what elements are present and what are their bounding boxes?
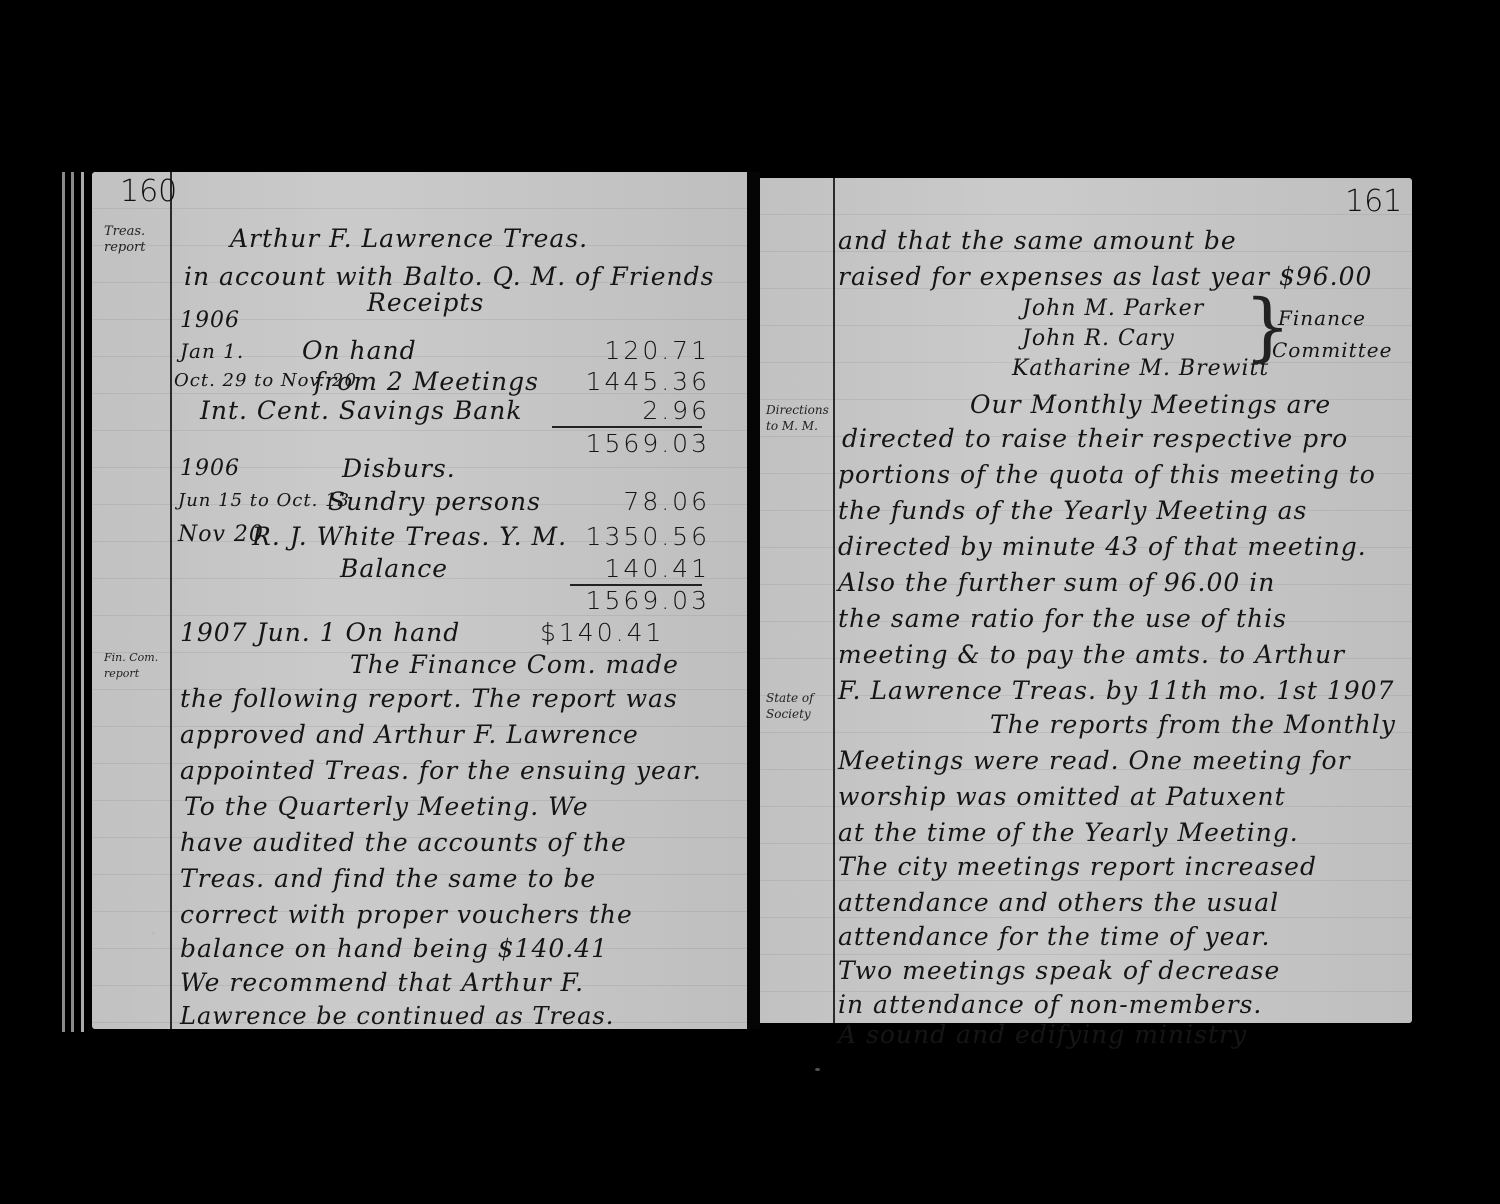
committee-label: Committee: [1272, 338, 1392, 362]
body-line: directed by minute 43 of that meeting.: [838, 532, 1367, 561]
balance-amount: $140.41: [540, 618, 664, 647]
body-line: and that the same amount be: [838, 226, 1237, 255]
disbursements-total: 1569.03: [580, 586, 710, 615]
body-line: A sound and edifying ministry: [838, 1020, 1247, 1049]
right-page: 161 Directions to M. M. State of Society…: [760, 178, 1412, 1023]
receipt-amount: 120.71: [580, 336, 710, 365]
book-gutter: [747, 172, 760, 1029]
body-line: have audited the accounts of the: [180, 828, 627, 857]
body-line: attendance for the time of year.: [838, 922, 1270, 951]
body-line: We recommend that Arthur F.: [180, 968, 584, 997]
body-line: The reports from the Monthly: [990, 710, 1396, 739]
page-number: 160: [120, 174, 177, 209]
disbursement-description: R. J. White Treas. Y. M.: [252, 522, 567, 551]
receipt-description: On hand: [302, 336, 417, 365]
receipt-description: from 2 Meetings: [314, 367, 539, 396]
disbursement-amount: 140.41: [580, 554, 710, 583]
body-line: Our Monthly Meetings are: [970, 390, 1331, 419]
body-line: Treas. and find the same to be: [180, 864, 596, 893]
signature: John R. Cary: [1022, 326, 1175, 351]
body-line: Lawrence be continued as Treas.: [180, 1002, 614, 1030]
body-line: directed to raise their respective pro: [842, 424, 1348, 453]
margin-note-directions: Directions to M. M.: [766, 402, 832, 434]
body-line: in attendance of non-members.: [838, 990, 1262, 1019]
receipt-amount: 2.96: [580, 396, 710, 425]
receipt-date: Jan 1.: [180, 339, 244, 363]
margin-note-state-of-society: State of Society: [766, 690, 832, 722]
margin-rule: [170, 172, 172, 1029]
total-rule: [552, 426, 702, 428]
body-line: the following report. The report was: [180, 684, 678, 713]
balance-line: 1907 Jun. 1 On hand: [180, 618, 460, 647]
body-line: the same ratio for the use of this: [838, 604, 1287, 633]
body-line: worship was omitted at Patuxent: [838, 782, 1286, 811]
receipts-year: 1906: [180, 308, 240, 333]
disbursement-description: Sundry persons: [328, 487, 541, 516]
disbursement-description: Balance: [340, 554, 448, 583]
body-line: appointed Treas. for the ensuing year.: [180, 756, 702, 785]
left-page: 160 Treas. report Fin. Com. report Arthu…: [92, 172, 747, 1029]
body-line: attendance and others the usual: [838, 888, 1279, 917]
receipt-amount: 1445.36: [580, 367, 710, 396]
margin-note-finance-committee-report: Fin. Com. report: [104, 650, 166, 682]
body-line: at the time of the Yearly Meeting.: [838, 818, 1299, 847]
committee-label: Finance: [1278, 306, 1366, 330]
body-line: meeting & to pay the amts. to Arthur: [838, 640, 1345, 669]
body-line: Meetings were read. One meeting for: [838, 746, 1351, 775]
disbursement-amount: 1350.56: [580, 522, 710, 551]
body-line: To the Quarterly Meeting. We: [184, 792, 589, 821]
margin-rule: [833, 178, 835, 1023]
body-line: the funds of the Yearly Meeting as: [838, 496, 1307, 525]
disbursement-date: Jun 15 to Oct. 13: [178, 490, 350, 511]
body-line: F. Lawrence Treas. by 11th mo. 1st 1907: [838, 676, 1394, 705]
body-line: balance on hand being $140.41: [180, 934, 608, 963]
body-line: Also the further sum of 96.00 in: [838, 568, 1275, 597]
signature: John M. Parker: [1022, 296, 1204, 321]
account-heading-line1: Arthur F. Lawrence Treas.: [230, 224, 588, 253]
body-line: Two meetings speak of decrease: [838, 956, 1280, 985]
disbursement-amount: 78.06: [580, 487, 710, 516]
page-number: 161: [1345, 184, 1402, 219]
receipts-total: 1569.03: [580, 429, 710, 458]
receipt-description: Int. Cent. Savings Bank: [200, 396, 522, 425]
paper-speck: [152, 932, 155, 935]
disbursements-title: Disburs.: [342, 454, 456, 483]
scan-speck: [815, 1068, 820, 1071]
receipts-title: Receipts: [367, 288, 484, 317]
disbursements-year: 1906: [180, 456, 240, 481]
body-line: The city meetings report increased: [838, 852, 1317, 881]
body-line: approved and Arthur F. Lawrence: [180, 720, 639, 749]
body-line: The Finance Com. made: [350, 650, 679, 679]
body-line: raised for expenses as last year $96.00: [838, 262, 1372, 291]
margin-note-treasurer-report: Treas. report: [104, 224, 166, 256]
body-line: portions of the quota of this meeting to: [838, 460, 1376, 489]
signature: Katharine M. Brewitt: [1012, 356, 1269, 381]
account-heading-line2: in account with Balto. Q. M. of Friends: [184, 262, 714, 291]
body-line: correct with proper vouchers the: [180, 900, 633, 929]
